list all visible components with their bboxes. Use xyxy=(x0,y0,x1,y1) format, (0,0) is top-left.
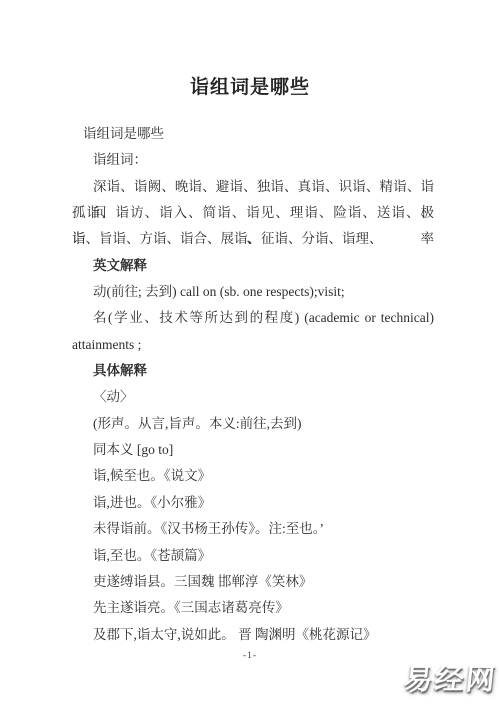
document-line: 未得诣前。《汉书杨王孙传》。注:至也。’ xyxy=(72,516,434,542)
document-line: 诣组词： xyxy=(72,147,434,173)
document-body: 诣组词是哪些诣组词：深诣、诣阙、晚诣、避诣、独诣、真诣、识诣、精诣、诣问、孤诣、… xyxy=(72,121,434,648)
document-line: 诣、旨诣、方诣、诣合、展诣、征诣、分诣、诣理、 xyxy=(72,226,434,252)
document-page: 诣组词是哪些 诣组词是哪些诣组词：深诣、诣阙、晚诣、避诣、独诣、真诣、识诣、精诣… xyxy=(0,0,500,707)
document-line: 诣,进也。《小尔雅》 xyxy=(72,490,434,516)
document-line: 孤诣、诣访、诣入、简诣、诣见、理诣、险诣、送诣、极诣、率 xyxy=(72,200,434,226)
document-line: 及郡下,诣太守,说如此。 晋 陶渊明《桃花源记》 xyxy=(72,622,434,648)
page-title: 诣组词是哪些 xyxy=(0,72,500,99)
document-line: attainments ; xyxy=(72,332,434,358)
document-line: 同本义 [go to] xyxy=(72,437,434,463)
document-line: 英文解释 xyxy=(72,253,434,279)
document-line: 吏遂缚诣县。三国魏 邯郸淳《笑林》 xyxy=(72,569,434,595)
document-line: 诣,至也。《苍颉篇》 xyxy=(72,543,434,569)
document-line: 具体解释 xyxy=(72,358,434,384)
document-line: 先主遂诣亮。《三国志诸葛亮传》 xyxy=(72,595,434,621)
document-line: 深诣、诣阙、晚诣、避诣、独诣、真诣、识诣、精诣、诣问、 xyxy=(72,174,434,200)
document-line: 诣组词是哪些 xyxy=(72,121,434,147)
watermark-logo: 易经网 xyxy=(402,657,499,698)
document-line: 诣,候至也。《说文》 xyxy=(72,463,434,489)
document-line: 〈动〉 xyxy=(72,384,434,410)
document-line: 动(前往; 去到) call on (sb. one respects);vis… xyxy=(72,279,434,305)
document-line: 名(学业、技术等所达到的程度) (academic or technical) xyxy=(72,305,434,331)
document-line: (形声。从言,旨声。本义:前往,去到) xyxy=(72,411,434,437)
